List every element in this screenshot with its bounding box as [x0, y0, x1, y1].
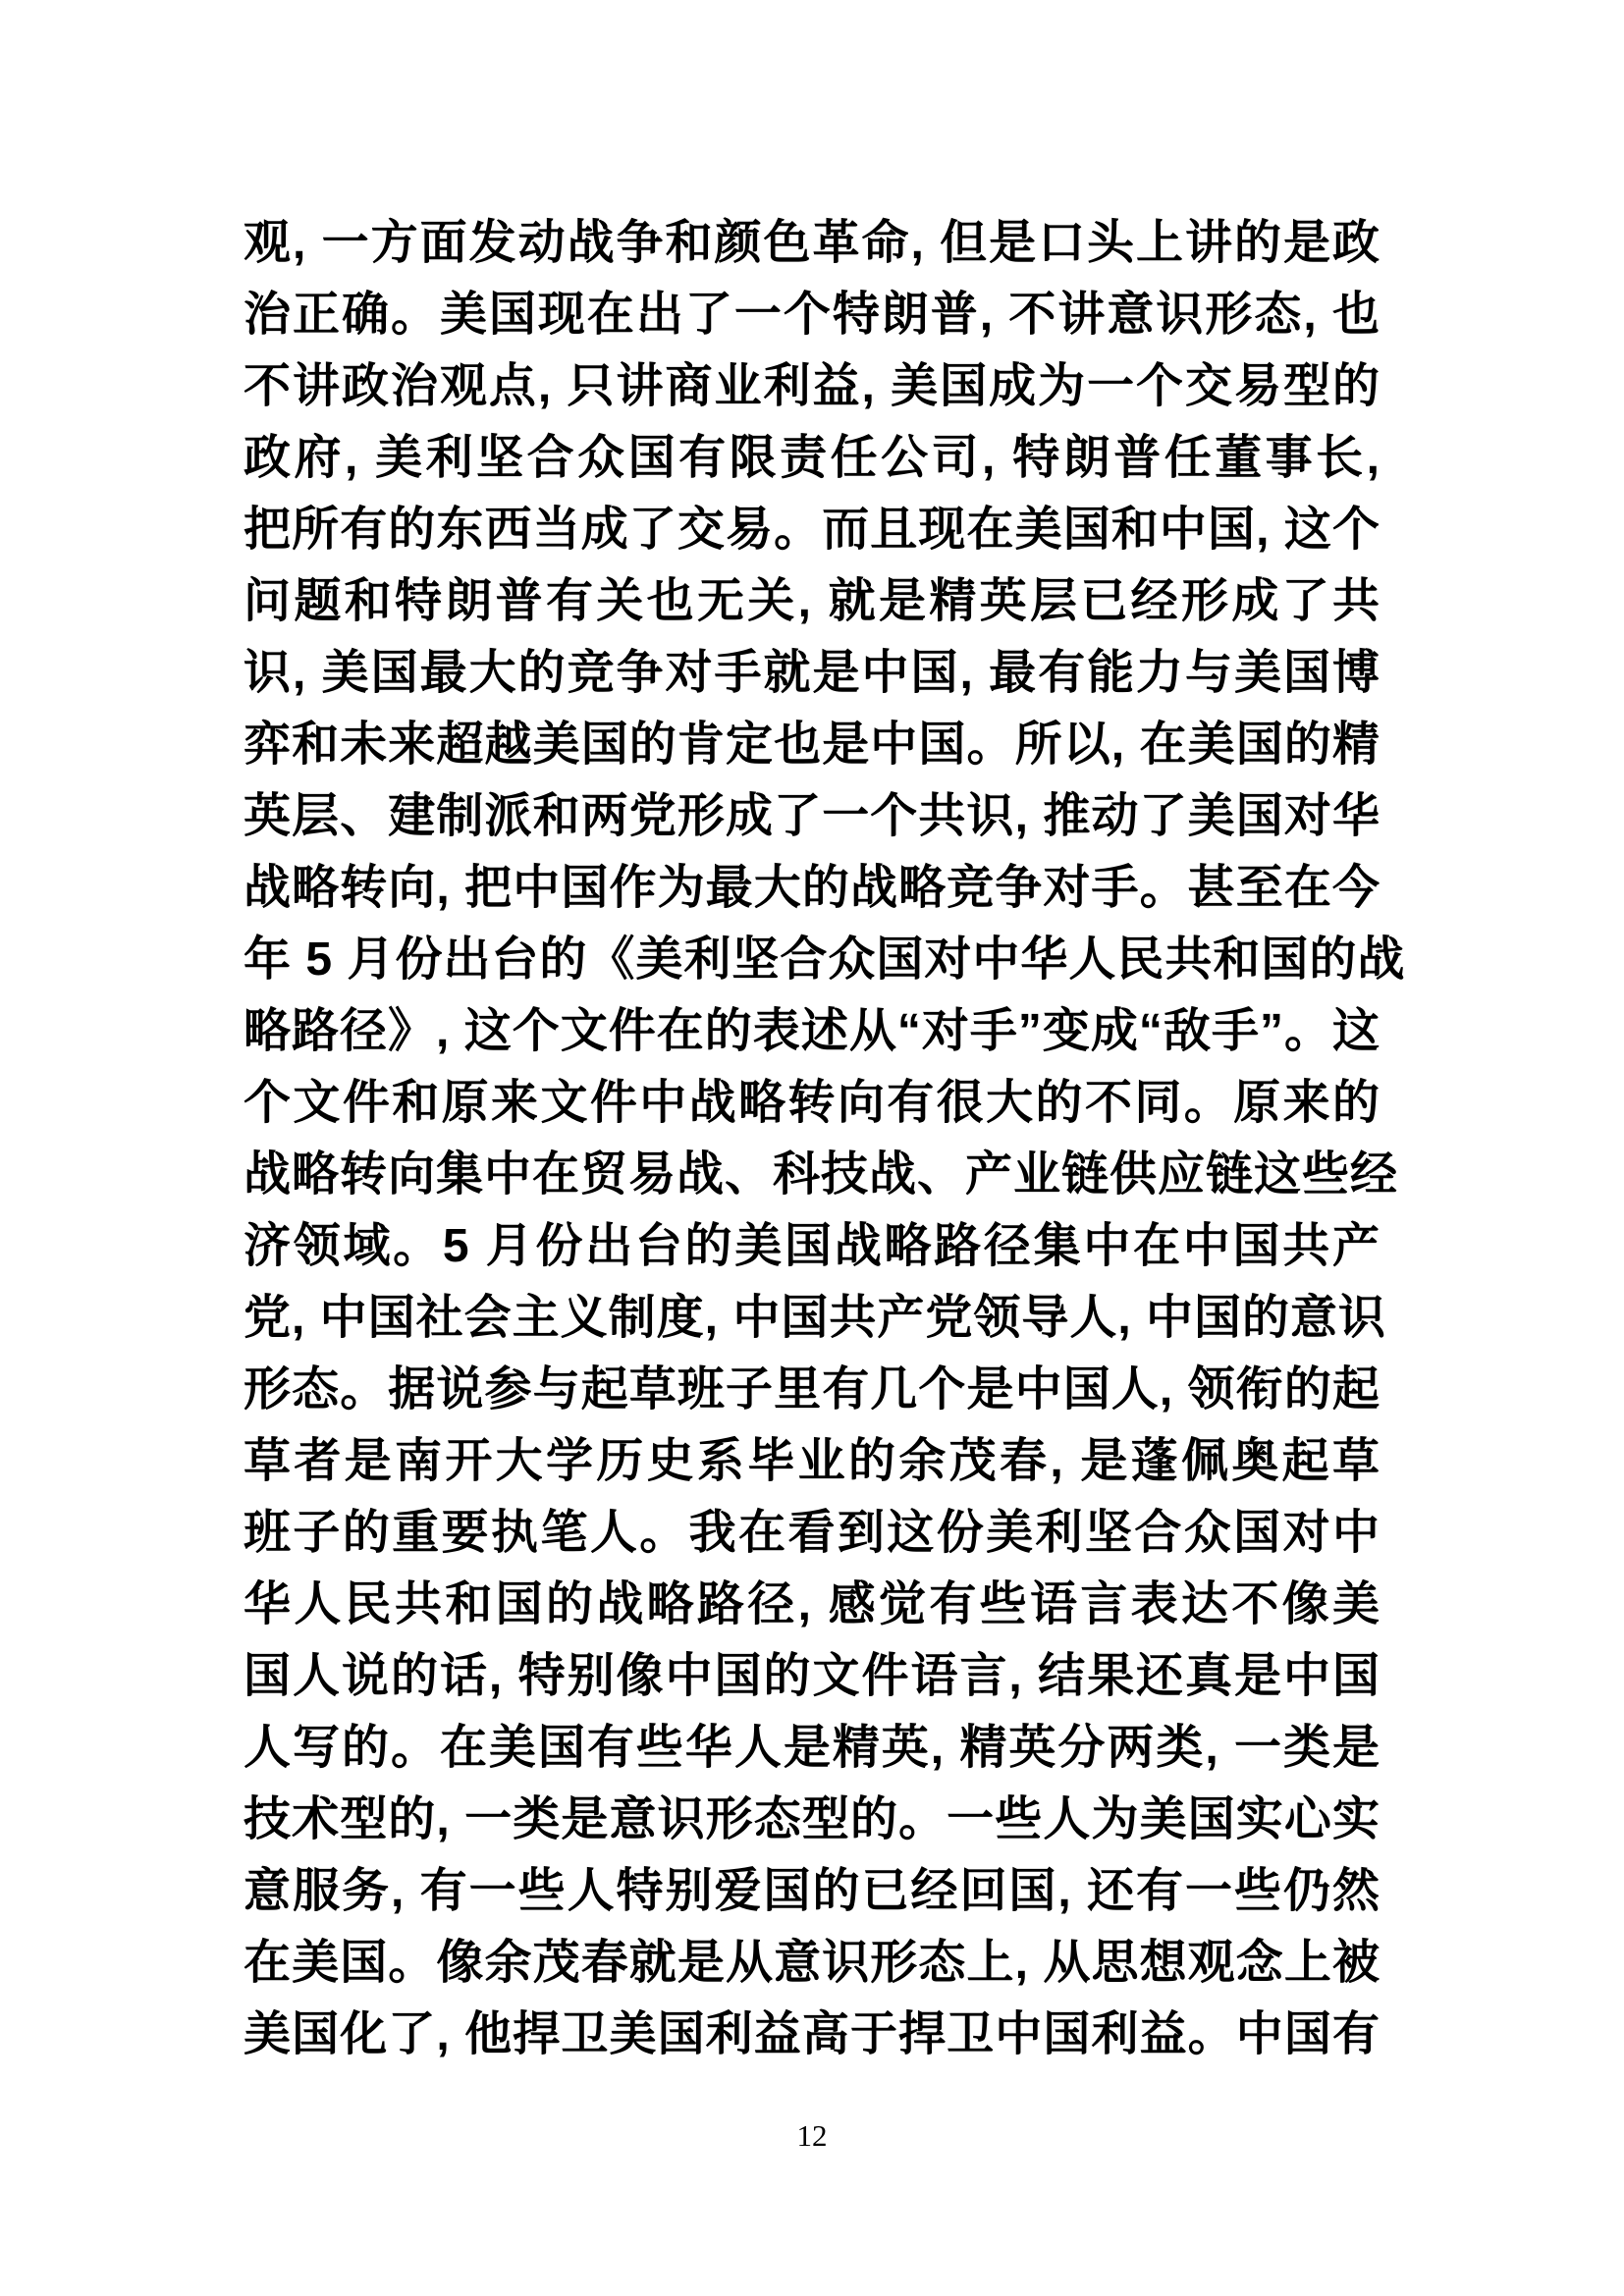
text-line: 国人说的话, 特别像中国的文件语言, 结果还真是中国: [244, 1640, 1380, 1712]
text-line: 弈和未来超越美国的肯定也是中国。所以, 在美国的精: [244, 709, 1380, 780]
text-line: 个文件和原来文件中战略转向有很大的不同。原来的: [244, 1067, 1380, 1139]
document-page: 观, 一方面发动战争和颜色革命, 但是口头上讲的是政治正确。美国现在出了一个特朗…: [0, 0, 1624, 2296]
text-line: 识, 美国最大的竞争对手就是中国, 最有能力与美国博: [244, 637, 1380, 709]
text-line: 观, 一方面发动战争和颜色革命, 但是口头上讲的是政: [244, 207, 1380, 279]
text-line: 战略转向, 把中国作为最大的战略竞争对手。甚至在今: [244, 852, 1380, 924]
text-line: 班子的重要执笔人。我在看到这份美利坚合众国对中: [244, 1497, 1380, 1569]
text-line: 党, 中国社会主义制度, 中国共产党领导人, 中国的意识: [244, 1282, 1380, 1354]
text-line: 形态。据说参与起草班子里有几个是中国人, 领衔的起: [244, 1354, 1380, 1425]
text-line: 美国化了, 他捍卫美国利益高于捍卫中国利益。中国有: [244, 1999, 1380, 2070]
text-line: 年 5 月份出台的《美利坚合众国对中华人民共和国的战: [244, 924, 1380, 995]
text-line: 华人民共和国的战略路径, 感觉有些语言表达不像美: [244, 1569, 1380, 1640]
text-line: 把所有的东西当成了交易。而且现在美国和中国, 这个: [244, 494, 1380, 565]
text-line: 政府, 美利坚合众国有限责任公司, 特朗普任董事长,: [244, 422, 1380, 494]
text-line: 技术型的, 一类是意识形态型的。一些人为美国实心实: [244, 1784, 1380, 1855]
page-footer: 12: [0, 2118, 1624, 2154]
text-line: 英层、建制派和两党形成了一个共识, 推动了美国对华: [244, 780, 1380, 852]
text-line: 人写的。在美国有些华人是精英, 精英分两类, 一类是: [244, 1712, 1380, 1784]
text-line: 草者是南开大学历史系毕业的余茂春, 是蓬佩奥起草: [244, 1425, 1380, 1497]
text-line: 在美国。像余茂春就是从意识形态上, 从思想观念上被: [244, 1927, 1380, 1999]
text-line: 意服务, 有一些人特别爱国的已经回国, 还有一些仍然: [244, 1855, 1380, 1927]
body-text: 观, 一方面发动战争和颜色革命, 但是口头上讲的是政治正确。美国现在出了一个特朗…: [244, 207, 1380, 2070]
text-line: 问题和特朗普有关也无关, 就是精英层已经形成了共: [244, 565, 1380, 637]
text-line: 略路径》, 这个文件在的表述从“对手”变成“敌手”。这: [244, 995, 1380, 1067]
text-line: 治正确。美国现在出了一个特朗普, 不讲意识形态, 也: [244, 279, 1380, 350]
text-line: 战略转向集中在贸易战、科技战、产业链供应链这些经: [244, 1139, 1380, 1210]
text-line: 济领域。5 月份出台的美国战略路径集中在中国共产: [244, 1210, 1380, 1282]
page-number: 12: [797, 2118, 828, 2153]
text-line: 不讲政治观点, 只讲商业利益, 美国成为一个交易型的: [244, 350, 1380, 422]
